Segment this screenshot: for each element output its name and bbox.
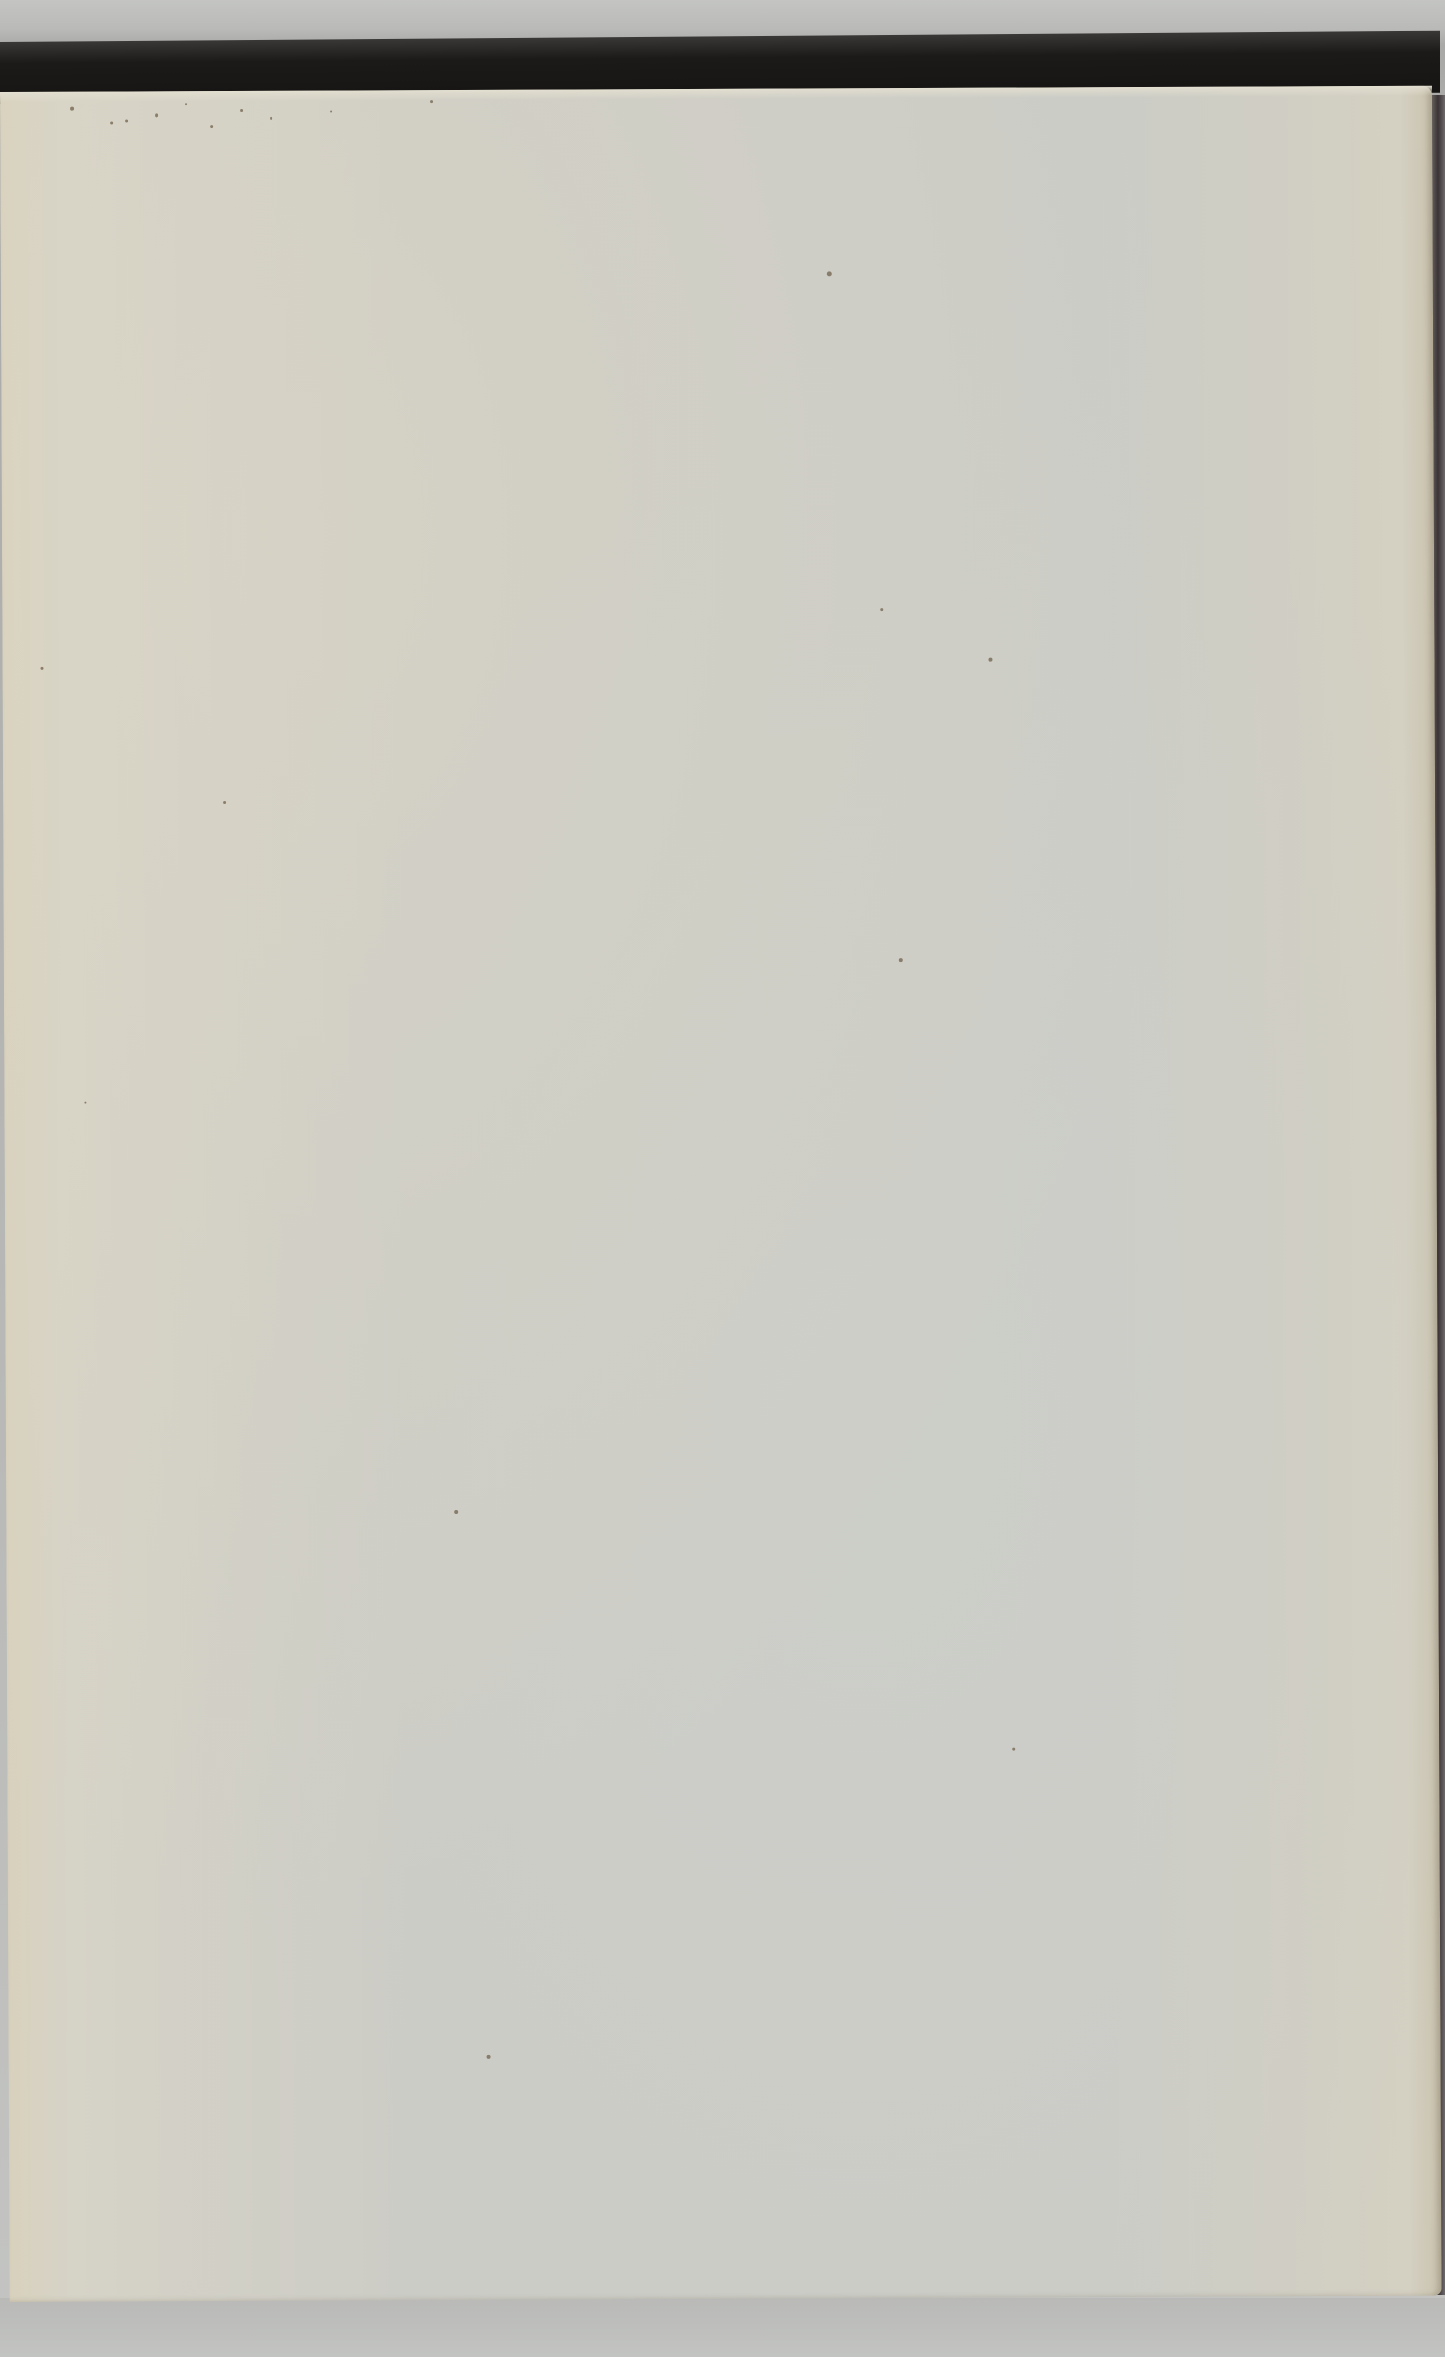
foxing-speck — [41, 667, 44, 670]
foxing-speck — [899, 958, 903, 962]
blank-paper-page — [0, 86, 1442, 2302]
foxing-speck — [430, 100, 433, 103]
foxing-speck — [454, 1510, 458, 1514]
foxing-speck — [1012, 1748, 1015, 1751]
foxing-speck — [827, 271, 832, 276]
foxing-speck — [240, 109, 243, 112]
foxing-speck — [70, 107, 74, 111]
foxing-speck — [84, 1102, 86, 1104]
foxing-speck — [270, 117, 272, 120]
foxing-speck — [988, 658, 992, 662]
foxing-speck — [880, 608, 883, 611]
foxing-speck — [330, 111, 332, 113]
foxing-speck — [185, 103, 187, 105]
table-surface — [0, 2298, 1445, 2357]
foxing-speck — [487, 2055, 491, 2059]
foxing-speck — [223, 801, 226, 804]
foxing-speck — [110, 122, 113, 125]
foxing-speck — [125, 119, 128, 122]
foxing-speck — [210, 125, 213, 128]
foxing-speck — [155, 113, 158, 117]
